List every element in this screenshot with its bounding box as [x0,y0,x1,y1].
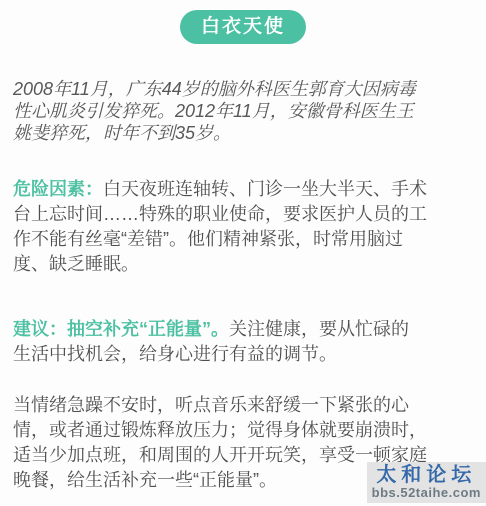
title-badge: 白衣天使 [180,10,306,44]
risk-factors-label: 危险因素： [13,179,103,199]
advice-label: 建议：抽空补充“正能量”。 [13,319,229,339]
watermark: 太和论坛 bbs.52taihe.com [367,462,486,503]
intro-paragraph: 2008年11月，广东44岁的脑外科医生郭育大因病毒 性心肌炎引发猝死。2012… [13,78,468,144]
risk-factors-paragraph: 危险因素：白天夜班连轴转、门诊一坐大半天、手术 台上忘时间……特殊的职业使命，要… [13,177,468,277]
watermark-url: bbs.52taihe.com [372,486,481,500]
article-page: 白衣天使 2008年11月，广东44岁的脑外科医生郭育大因病毒 性心肌炎引发猝死… [0,0,486,506]
badge-row: 白衣天使 [0,0,486,44]
advice-paragraph: 建议：抽空补充“正能量”。关注健康，要从忙碌的 生活中找机会，给身心进行有益的调… [13,317,468,367]
watermark-title: 太和论坛 [372,464,481,486]
